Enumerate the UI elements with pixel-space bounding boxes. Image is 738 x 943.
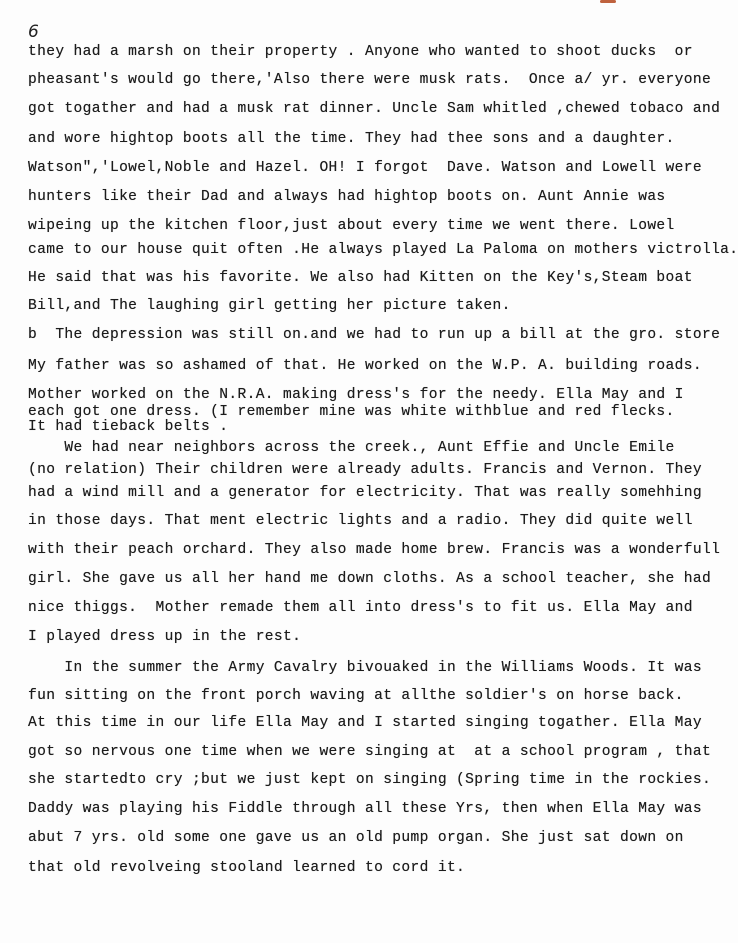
text-line: My father was so ashamed of that. He wor… [28,358,702,374]
text-line: in those days. That ment electric lights… [28,513,693,529]
text-line: Watson",'Lowel,Noble and Hazel. OH! I fo… [28,160,702,176]
text-line: that old revolveing stooland learned to … [28,860,465,876]
text-line: came to our house quit often .He always … [28,242,738,258]
text-line: abut 7 yrs. old some one gave us an old … [28,830,684,846]
text-line: they had a marsh on their property . Any… [28,44,693,60]
text-line: b The depression was still on.and we had… [28,327,720,343]
text-line: she startedto cry ;but we just kept on s… [28,772,711,788]
text-line: We had near neighbors across the creek.,… [28,440,675,456]
text-line: each got one dress. (I remember mine was… [28,404,675,420]
text-line: fun sitting on the front porch waving at… [28,688,684,704]
text-line: He said that was his favorite. We also h… [28,270,693,286]
text-line: and wore hightop boots all the time. The… [28,131,675,147]
text-line: hunters like their Dad and always had hi… [28,189,666,205]
text-line: nice thiggs. Mother remade them all into… [28,600,693,616]
text-line: girl. She gave us all her hand me down c… [28,571,711,587]
text-line: I played dress up in the rest. [28,629,301,645]
text-line: pheasant's would go there,'Also there we… [28,72,711,88]
handwritten-page-number: 6 [28,22,39,42]
text-line: Mother worked on the N.R.A. making dress… [28,387,684,403]
text-line: At this time in our life Ella May and I … [28,715,702,731]
text-line: Bill,and The laughing girl getting her p… [28,298,511,314]
typewritten-page: 6 they had a marsh on their property . A… [0,0,738,943]
text-line: got so nervous one time when we were sin… [28,744,711,760]
text-line: In the summer the Army Cavalry bivouaked… [28,660,702,676]
text-line: got togather and had a musk rat dinner. … [28,101,720,117]
text-line: Daddy was playing his Fiddle through all… [28,801,702,817]
text-line: had a wind mill and a generator for elec… [28,485,702,501]
red-ink-mark [600,0,616,3]
text-line: wipeing up the kitchen floor,just about … [28,218,675,234]
text-line: (no relation) Their children were alread… [28,462,702,478]
text-line: with their peach orchard. They also made… [28,542,720,558]
text-line: It had tieback belts . [28,419,228,435]
